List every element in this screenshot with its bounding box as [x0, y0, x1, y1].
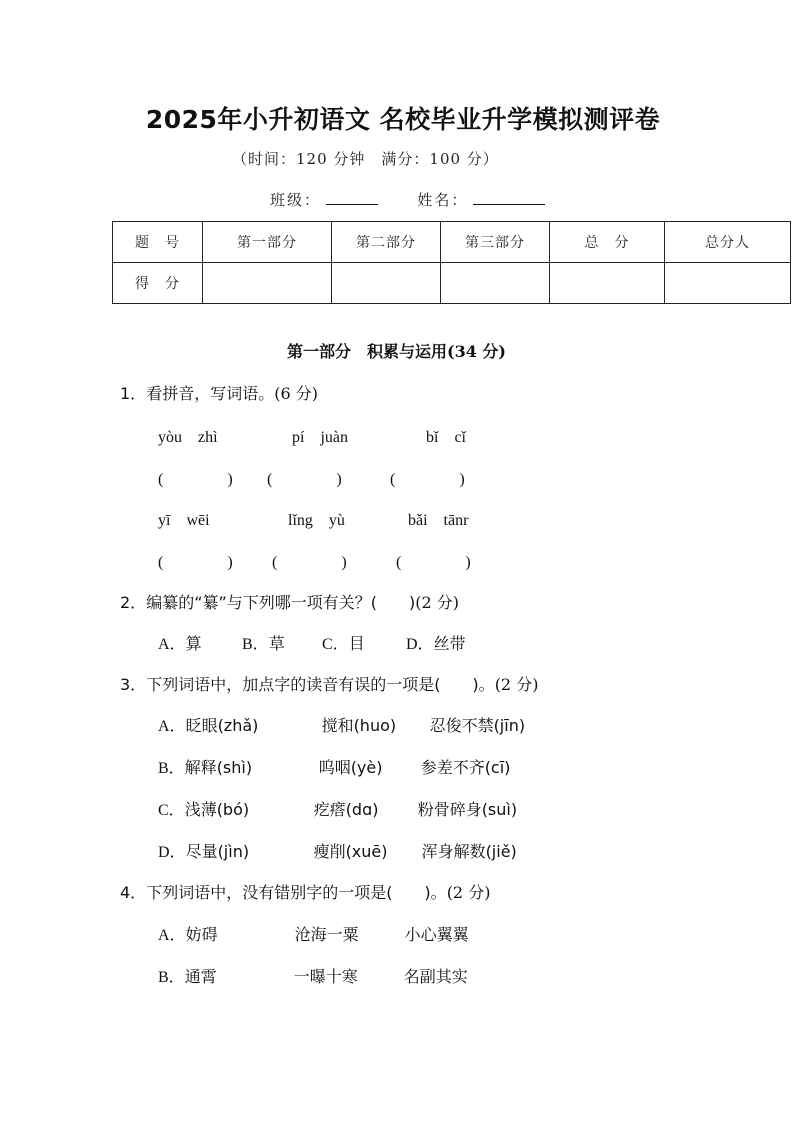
question-number: 3．	[120, 675, 146, 694]
question-2: 2．编纂的“纂”与下列哪一项有关？( )(2 分)	[120, 590, 459, 613]
score-cell-total[interactable]	[550, 263, 665, 304]
option-d[interactable]: D．丝带	[406, 631, 466, 654]
header-cell-part3: 第三部分	[441, 222, 550, 263]
answer-blank-2-3[interactable]: ( )	[396, 549, 471, 572]
question-points: (6 分)	[274, 384, 318, 403]
score-cell-part3[interactable]	[441, 263, 550, 304]
class-label: 班级：	[270, 191, 321, 209]
question-4: 4．下列词语中，没有错别字的一项是( )。(2 分)	[120, 880, 490, 903]
question-4-option-b[interactable]: B．通霄一曝十寒名副其实	[158, 964, 468, 987]
question-3-option-b[interactable]: B．解释(shì)呜咽(yè)参差不齐(cī)	[158, 755, 510, 778]
header-cell-part1: 第一部分	[203, 222, 332, 263]
score-cell-part1[interactable]	[203, 263, 332, 304]
question-text: 编纂的“纂”与下列哪一项有关？( )	[146, 593, 415, 612]
pinyin-2-1: yī wēi	[158, 507, 210, 530]
question-points: (2 分)	[447, 883, 491, 902]
score-cell-part2[interactable]	[332, 263, 441, 304]
question-points: (2 分)	[495, 675, 539, 694]
question-3-option-c[interactable]: C．浅薄(bó)疙瘩(dɑ)粉骨碎身(suì)	[158, 797, 517, 820]
header-cell-grader: 总分人	[665, 222, 791, 263]
answer-blank-1-1[interactable]: ( )	[158, 466, 233, 489]
header-cell-total: 总 分	[550, 222, 665, 263]
question-4-option-a[interactable]: A．妨碍沧海一粟小心翼翼	[158, 922, 469, 945]
name-field[interactable]	[473, 190, 545, 205]
option-b[interactable]: B．草	[242, 631, 322, 654]
exam-time-and-score: （时间：120 分钟 满分：100 分）	[232, 148, 499, 169]
answer-blank-2-2[interactable]: ( )	[272, 549, 347, 572]
answer-blank-2-1[interactable]: ( )	[158, 549, 233, 572]
option-a[interactable]: A．算	[158, 631, 242, 654]
score-cell-grader[interactable]	[665, 263, 791, 304]
class-field[interactable]	[326, 190, 378, 205]
pinyin-1-2: pí juàn	[292, 424, 348, 447]
question-text: 下列词语中，没有错别字的一项是( )。	[146, 883, 447, 902]
pinyin-2-2: lǐng yù	[288, 507, 345, 530]
name-label: 姓名：	[417, 191, 468, 209]
header-cell-part2: 第二部分	[332, 222, 441, 263]
score-table-score-row: 得 分	[113, 263, 791, 304]
score-table: 题 号 第一部分 第二部分 第三部分 总 分 总分人 得 分	[112, 221, 791, 304]
question-3: 3．下列词语中，加点字的读音有误的一项是( )。(2 分)	[120, 672, 538, 695]
score-table-header-row: 题 号 第一部分 第二部分 第三部分 总 分 总分人	[113, 222, 791, 263]
question-text: 看拼音，写词语。	[146, 384, 274, 403]
score-row-label: 得 分	[113, 263, 203, 304]
section-title: 第一部分 积累与运用(34 分)	[0, 339, 793, 362]
question-3-option-a[interactable]: A．眨眼(zhǎ)搅和(huo)忍俊不禁(jīn)	[158, 713, 525, 736]
answer-blank-1-2[interactable]: ( )	[267, 466, 342, 489]
pinyin-1-3: bǐ cǐ	[426, 424, 466, 447]
page-title: 2025年小升初语文 名校毕业升学模拟测评卷	[0, 100, 793, 136]
question-number: 2．	[120, 593, 146, 612]
question-number: 1．	[120, 384, 146, 403]
header-cell-question-no: 题 号	[113, 222, 203, 263]
question-3-option-d[interactable]: D．尽量(jìn)瘦削(xuē)浑身解数(jiě)	[158, 839, 517, 862]
option-c[interactable]: C．目	[322, 631, 406, 654]
question-2-options: A．算B．草C．目D．丝带	[158, 631, 466, 654]
question-text: 下列词语中，加点字的读音有误的一项是( )。	[146, 675, 495, 694]
pinyin-1-1: yòu zhì	[158, 424, 218, 447]
question-number: 4．	[120, 883, 146, 902]
answer-blank-1-3[interactable]: ( )	[390, 466, 465, 489]
student-info-line: 班级： 姓名：	[270, 189, 545, 210]
pinyin-2-3: bǎi tānr	[408, 507, 468, 530]
question-1: 1．看拼音，写词语。(6 分)	[120, 381, 318, 404]
question-points: (2 分)	[415, 593, 459, 612]
